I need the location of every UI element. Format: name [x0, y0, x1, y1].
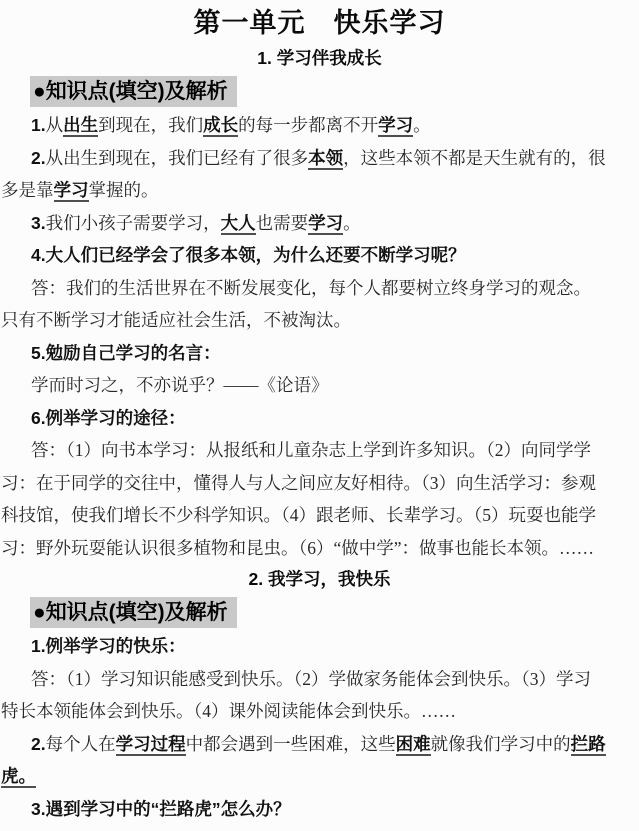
text-segment: 特长本领能体会到快乐。（4）课外阅读能体会到快乐。…… [1, 701, 456, 721]
text-segment: 的每一步都离不开 [238, 115, 378, 135]
text-segment: 我们小孩子需要学习， [46, 213, 221, 233]
text-segment: 2. 我学习，我快乐 [249, 569, 391, 589]
text-segment: 科技馆，使我们增长不少科学知识。（4）跟老师、长辈学习。（5）玩耍也能学 [1, 505, 596, 525]
emphasis-term: 困难 [396, 734, 431, 756]
emphasis-term: 成长 [203, 115, 238, 137]
emphasis-term: 大人 [221, 213, 256, 235]
text-segment: 从出生到现在，我们已经有了很多 [46, 148, 309, 168]
text-line: 3.遇到学习中的“拦路虎”怎么办？ [0, 793, 639, 826]
text-segment: 掌握的。 [89, 180, 159, 200]
emphasis-term: 学习 [308, 213, 343, 235]
text-segment: 1. 学习伴我成长 [257, 48, 381, 68]
text-line: 习：野外玩耍能认识很多植物和昆虫。（6）“做中学”：做事也能长本领。…… [0, 532, 639, 565]
text-segment: 也需要 [256, 213, 309, 233]
emphasis-term: 学习 [378, 115, 413, 137]
text-segment: 习：野外玩耍能认识很多植物和昆虫。（6）“做中学”：做事也能长本领。…… [1, 538, 594, 558]
text-segment: 习：在于同学的交往中，懂得人与人之间应友好相待。（3）向生活学习：参观 [1, 473, 596, 493]
text-segment: 5.勉励自己学习的名言： [31, 343, 221, 363]
text-line: 3.我们小孩子需要学习，大人也需要学习。 [0, 207, 639, 240]
text-line: 1.例举学习的快乐： [0, 630, 639, 663]
text-segment: 1.例举学习的快乐： [31, 636, 186, 656]
emphasis-term: 学习 [54, 180, 89, 202]
text-segment: 第一单元 快乐学习 [194, 8, 446, 38]
text-line: 只有不断学习才能适应社会生活，不被淘汰。 [0, 304, 639, 337]
emphasis-term: 出生 [63, 115, 98, 137]
text-segment: 每个人在 [46, 734, 116, 754]
bullet-icon: ● [33, 601, 46, 624]
text-line: 习：在于同学的交往中，懂得人与人之间应友好相待。（3）向生活学习：参观 [0, 467, 639, 500]
knowledge-points-badge: ●知识点(填空)及解析 [30, 76, 237, 107]
text-line: 答：（1）向书本学习：从报纸和儿童杂志上学到许多知识。（2）向同学学 [0, 434, 639, 467]
emphasis-term: 本领 [308, 148, 343, 170]
text-segment: 学而时习之，不亦说乎？——《论语》 [31, 375, 329, 395]
text-segment: 1. [31, 115, 46, 135]
emphasis-term: 虎。 [1, 766, 36, 788]
knowledge-points-badge: ●知识点(填空)及解析 [30, 597, 237, 628]
document-page: 第一单元 快乐学习1. 学习伴我成长●知识点(填空)及解析1.从出生到现在，我们… [0, 0, 639, 825]
text-segment: ，这些本领不都是天生就有的，很 [343, 148, 606, 168]
text-segment: 。 [343, 213, 361, 233]
text-line: 6.例举学习的途径： [0, 402, 639, 435]
text-segment: 到现在，我们 [98, 115, 203, 135]
text-segment: 中都会遇到一些困难，这些 [186, 734, 396, 754]
text-segment: 6.例举学习的途径： [31, 408, 186, 428]
emphasis-term: 学习过程 [116, 734, 186, 756]
text-line: 4.大人们已经学会了很多本领，为什么还要不断学习呢？ [0, 239, 639, 272]
text-line: 特长本领能体会到快乐。（4）课外阅读能体会到快乐。…… [0, 695, 639, 728]
lesson-subtitle: 2. 我学习，我快乐 [0, 564, 639, 595]
text-segment: 知识点(填空)及解析 [46, 80, 228, 103]
text-segment: 只有不断学习才能适应社会生活，不被淘汰。 [1, 310, 351, 330]
text-line: 1.从出生到现在，我们成长的每一步都离不开学习。 [0, 109, 639, 142]
text-line: 5.勉励自己学习的名言： [0, 337, 639, 370]
document-title: 第一单元 快乐学习 [0, 4, 639, 43]
text-segment: 就像我们学习中的 [431, 734, 571, 754]
text-segment: 答：我们的生活世界在不断发展变化，每个人都要树立终身学习的观念。 [31, 278, 591, 298]
text-line: 答：（1）学习知识能感受到快乐。（2）学做家务能体会到快乐。（3）学习 [0, 663, 639, 696]
text-segment: 3.遇到学习中的“拦路虎”怎么办？ [31, 799, 291, 819]
text-line: 多是靠学习掌握的。 [0, 174, 639, 207]
text-segment: 2. [31, 734, 46, 754]
bullet-icon: ● [33, 80, 46, 103]
text-segment: 答：（1）向书本学习：从报纸和儿童杂志上学到许多知识。（2）向同学学 [31, 440, 591, 460]
lesson-subtitle: 1. 学习伴我成长 [0, 43, 639, 74]
text-segment: 从 [46, 115, 64, 135]
text-segment: 多是靠 [1, 180, 54, 200]
text-line: 学而时习之，不亦说乎？——《论语》 [0, 369, 639, 402]
text-segment: 3. [31, 213, 46, 233]
text-segment: 答：（1）学习知识能感受到快乐。（2）学做家务能体会到快乐。（3）学习 [31, 669, 591, 689]
emphasis-term: 拦路 [571, 734, 606, 756]
text-segment: 。 [413, 115, 431, 135]
text-line: 答：我们的生活世界在不断发展变化，每个人都要树立终身学习的观念。 [0, 272, 639, 305]
text-segment: 2. [31, 148, 46, 168]
text-line: 2.从出生到现在，我们已经有了很多本领，这些本领不都是天生就有的，很 [0, 142, 639, 175]
text-line: 虎。 [0, 760, 639, 793]
text-segment: 4.大人们已经学会了很多本领，为什么还要不断学习呢？ [31, 245, 466, 265]
text-line: 科技馆，使我们增长不少科学知识。（4）跟老师、长辈学习。（5）玩耍也能学 [0, 499, 639, 532]
text-segment: 知识点(填空)及解析 [46, 601, 228, 624]
text-line: 2.每个人在学习过程中都会遇到一些困难，这些困难就像我们学习中的拦路 [0, 728, 639, 761]
